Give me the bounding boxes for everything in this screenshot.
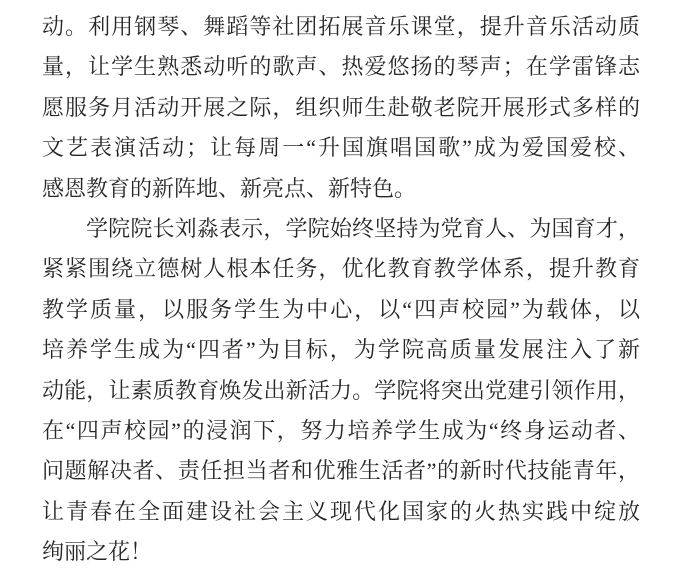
document-page: 动。利用钢琴、舞蹈等社团拓展音乐课堂，提升音乐活动质 量，让学生熟悉动听的歌声、… (0, 0, 680, 579)
text-line: 动。利用钢琴、舞蹈等社团拓展音乐课堂，提升音乐活动质 (42, 7, 640, 47)
text-line-paragraph-end: 绚丽之花！ (42, 532, 640, 572)
text-line-paragraph-end: 感恩教育的新阵地、新亮点、新特色。 (42, 169, 640, 209)
text-line: 问题解决者、责任担当者和优雅生活者”的新时代技能青年， (42, 451, 640, 491)
text-line: 紧紧围绕立德树人根本任务，优化教育教学体系，提升教育 (42, 249, 640, 289)
text-line: 动能，让素质教育焕发出新活力。学院将突出党建引领作用， (42, 371, 640, 411)
text-line: 教学质量，以服务学生为中心，以“四声校园”为载体，以 (42, 290, 640, 330)
text-line: 文艺表演活动；让每周一“升国旗唱国歌”成为爱国爱校、 (42, 128, 640, 168)
text-line: 量，让学生熟悉动听的歌声、热爱悠扬的琴声；在学雷锋志 (42, 47, 640, 87)
text-line-paragraph-start: 学院院长刘淼表示，学院始终坚持为党育人、为国育才， (42, 209, 640, 249)
text-line: 让青春在全面建设社会主义现代化国家的火热实践中绽放 (42, 492, 640, 532)
text-line: 在“四声校园”的浸润下，努力培养学生成为“终身运动者、 (42, 411, 640, 451)
text-line: 愿服务月活动开展之际，组织师生赴敬老院开展形式多样的 (42, 88, 640, 128)
text-line: 培养学生成为“四者”为目标，为学院高质量发展注入了新 (42, 330, 640, 370)
